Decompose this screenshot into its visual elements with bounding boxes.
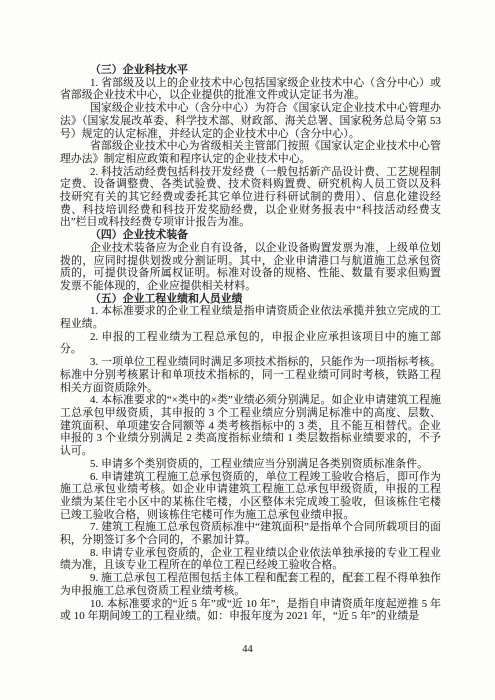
- section-heading-enterprise-equipment: （四）企业技术装备: [60, 229, 441, 242]
- section-heading-enterprise-tech-level: （三）企业科技水平: [60, 64, 441, 77]
- paragraph: 省部级企业技术中心为省级相关主管部门按照《国家认定企业技术中心管理办法》制定相应…: [60, 140, 441, 165]
- paragraph: 4. 本标准要求的“×类中的×类”业绩必须分别满足。如企业申请建筑工程施工总承包…: [60, 394, 441, 458]
- paragraph: 5. 申请多个类别资质的，工程业绩应当分别满足各类别资质标准条件。: [60, 458, 441, 471]
- paragraph: 8. 申请专业承包资质的，企业工程业绩以企业依法单独承接的专业工程业绩为准，且该…: [60, 547, 441, 572]
- paragraph: 1. 本标准要求的企业工程业绩是指申请资质企业依法承揽并独立完成的工程业绩。: [60, 305, 441, 330]
- paragraph: 9. 施工总承包工程范围包括主体工程和配套工程的，配套工程不得单独作为申报施工总…: [60, 572, 441, 597]
- section-heading-performance: （五）企业工程业绩和人员业绩: [60, 293, 441, 306]
- document-page: （三）企业科技水平 1. 省部级及以上的企业技术中心包括国家级企业技术中心（含分…: [0, 0, 495, 700]
- document-text-block: （三）企业科技水平 1. 省部级及以上的企业技术中心包括国家级企业技术中心（含分…: [60, 64, 441, 623]
- paragraph: 国家级企业技术中心（含分中心）为符合《国家认定企业技术中心管理办法》（国家发展改…: [60, 102, 441, 140]
- paragraph: 2. 科技活动经费包括科技开发经费（一般包括新产品设计费、工艺规程制定费、设备调…: [60, 166, 441, 230]
- paragraph: 1. 省部级及以上的企业技术中心包括国家级企业技术中心（含分中心）或省部级企业技…: [60, 77, 441, 102]
- paragraph: 2. 申报的工程业绩为工程总承包的，申报企业应承担该项目中的施工部分。: [60, 331, 441, 356]
- page-number: 44: [0, 644, 495, 655]
- paragraph: 7. 建筑工程施工总承包资质标准中“建筑面积”是指单个合同所载项目的面积，分期签…: [60, 521, 441, 546]
- paragraph: 3. 一项单位工程业绩同时满足多项技术指标的，只能作为一项指标考核。标准中分别考…: [60, 356, 441, 394]
- paragraph: 企业技术装备应为企业自有设备，以企业设备购置发票为准，上级单位划拨的，应同时提供…: [60, 242, 441, 293]
- paragraph: 6. 申请建筑工程施工总承包资质的，单位工程竣工验收合格后，即可作为施工总承包业…: [60, 471, 441, 522]
- paragraph: 10. 本标准要求的“近 5 年”或“近 10 年”，是指自申请资质年度起逆推 …: [60, 598, 441, 623]
